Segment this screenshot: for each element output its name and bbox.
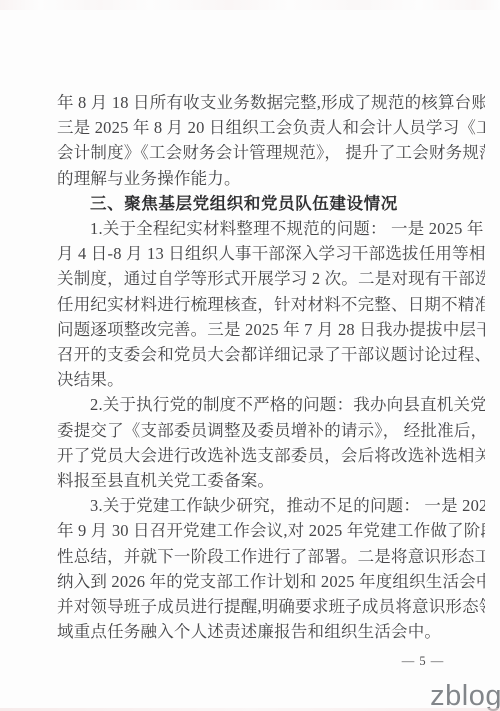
scan-artifact-top: [0, 0, 500, 10]
text-line: 并对领导班子成员进行提醒,明确要求班子成员将意识形态领: [57, 594, 485, 619]
text-line: 月 4 日-8 月 13 日组织人事干部深入学习干部选拔任用等相: [57, 241, 485, 266]
text-line: 域重点任务融入个人述责述廉报告和组织生活会中。: [57, 619, 485, 644]
text-line: 三、聚焦基层党组织和党员队伍建设情况: [57, 191, 485, 216]
text-line: 年 8 月 18 日所有收支业务数据完整,形成了规范的核算台账。: [57, 90, 485, 115]
text-line: 三是 2025 年 8 月 20 日组织工会负责人和会计人员学习《工会: [57, 115, 485, 140]
document-body: 年 8 月 18 日所有收支业务数据完整,形成了规范的核算台账。 三是 2025…: [57, 90, 485, 644]
text-line: 召开的支委会和党员大会都详细记录了干部议题讨论过程、表: [57, 342, 485, 367]
document-page: 年 8 月 18 日所有收支业务数据完整,形成了规范的核算台账。 三是 2025…: [0, 0, 500, 711]
text-line: 1.关于全程纪实材料整理不规范的问题： 一是 2025 年 8: [57, 216, 485, 241]
text-line: 纳入到 2026 年的党支部工作计划和 2025 年度组织生活会中，: [57, 569, 485, 594]
text-line: 关制度，通过自学等形式开展学习 2 次。二是对现有干部选拔: [57, 266, 485, 291]
text-line: 开了党员大会进行改选补选支部委员，会后将改选补选相关材: [57, 443, 485, 468]
text-line: 委提交了《支部委员调整及委员增补的请示》， 经批准后，召: [57, 418, 485, 443]
text-line: 任用纪实材料进行梳理核查，针对材料不完整、日期不精准等: [57, 292, 485, 317]
watermark-zblog: zblog: [430, 682, 500, 711]
text-line: 的理解与业务操作能力。: [57, 166, 485, 191]
text-line: 性总结，并就下一阶段工作进行了部署。二是将意识形态工作: [57, 544, 485, 569]
text-line: 决结果。: [57, 367, 485, 392]
text-line: 问题逐项整改完善。三是 2025 年 7 月 28 日我办提拔中层干部，: [57, 317, 485, 342]
text-line: 会计制度》《工会财务会计管理规范》， 提升了工会财务规范: [57, 140, 485, 165]
page-number: — 5 —: [388, 654, 458, 669]
text-line: 2.关于执行党的制度不严格的问题：我办向县直机关党工: [57, 392, 485, 417]
text-line: 料报至县直机关党工委备案。: [57, 468, 485, 493]
text-line: 年 9 月 30 日召开党建工作会议,对 2025 年党建工作做了阶段: [57, 518, 485, 543]
text-line: 3.关于党建工作缺少研究，推动不足的问题： 一是 2025: [57, 493, 485, 518]
